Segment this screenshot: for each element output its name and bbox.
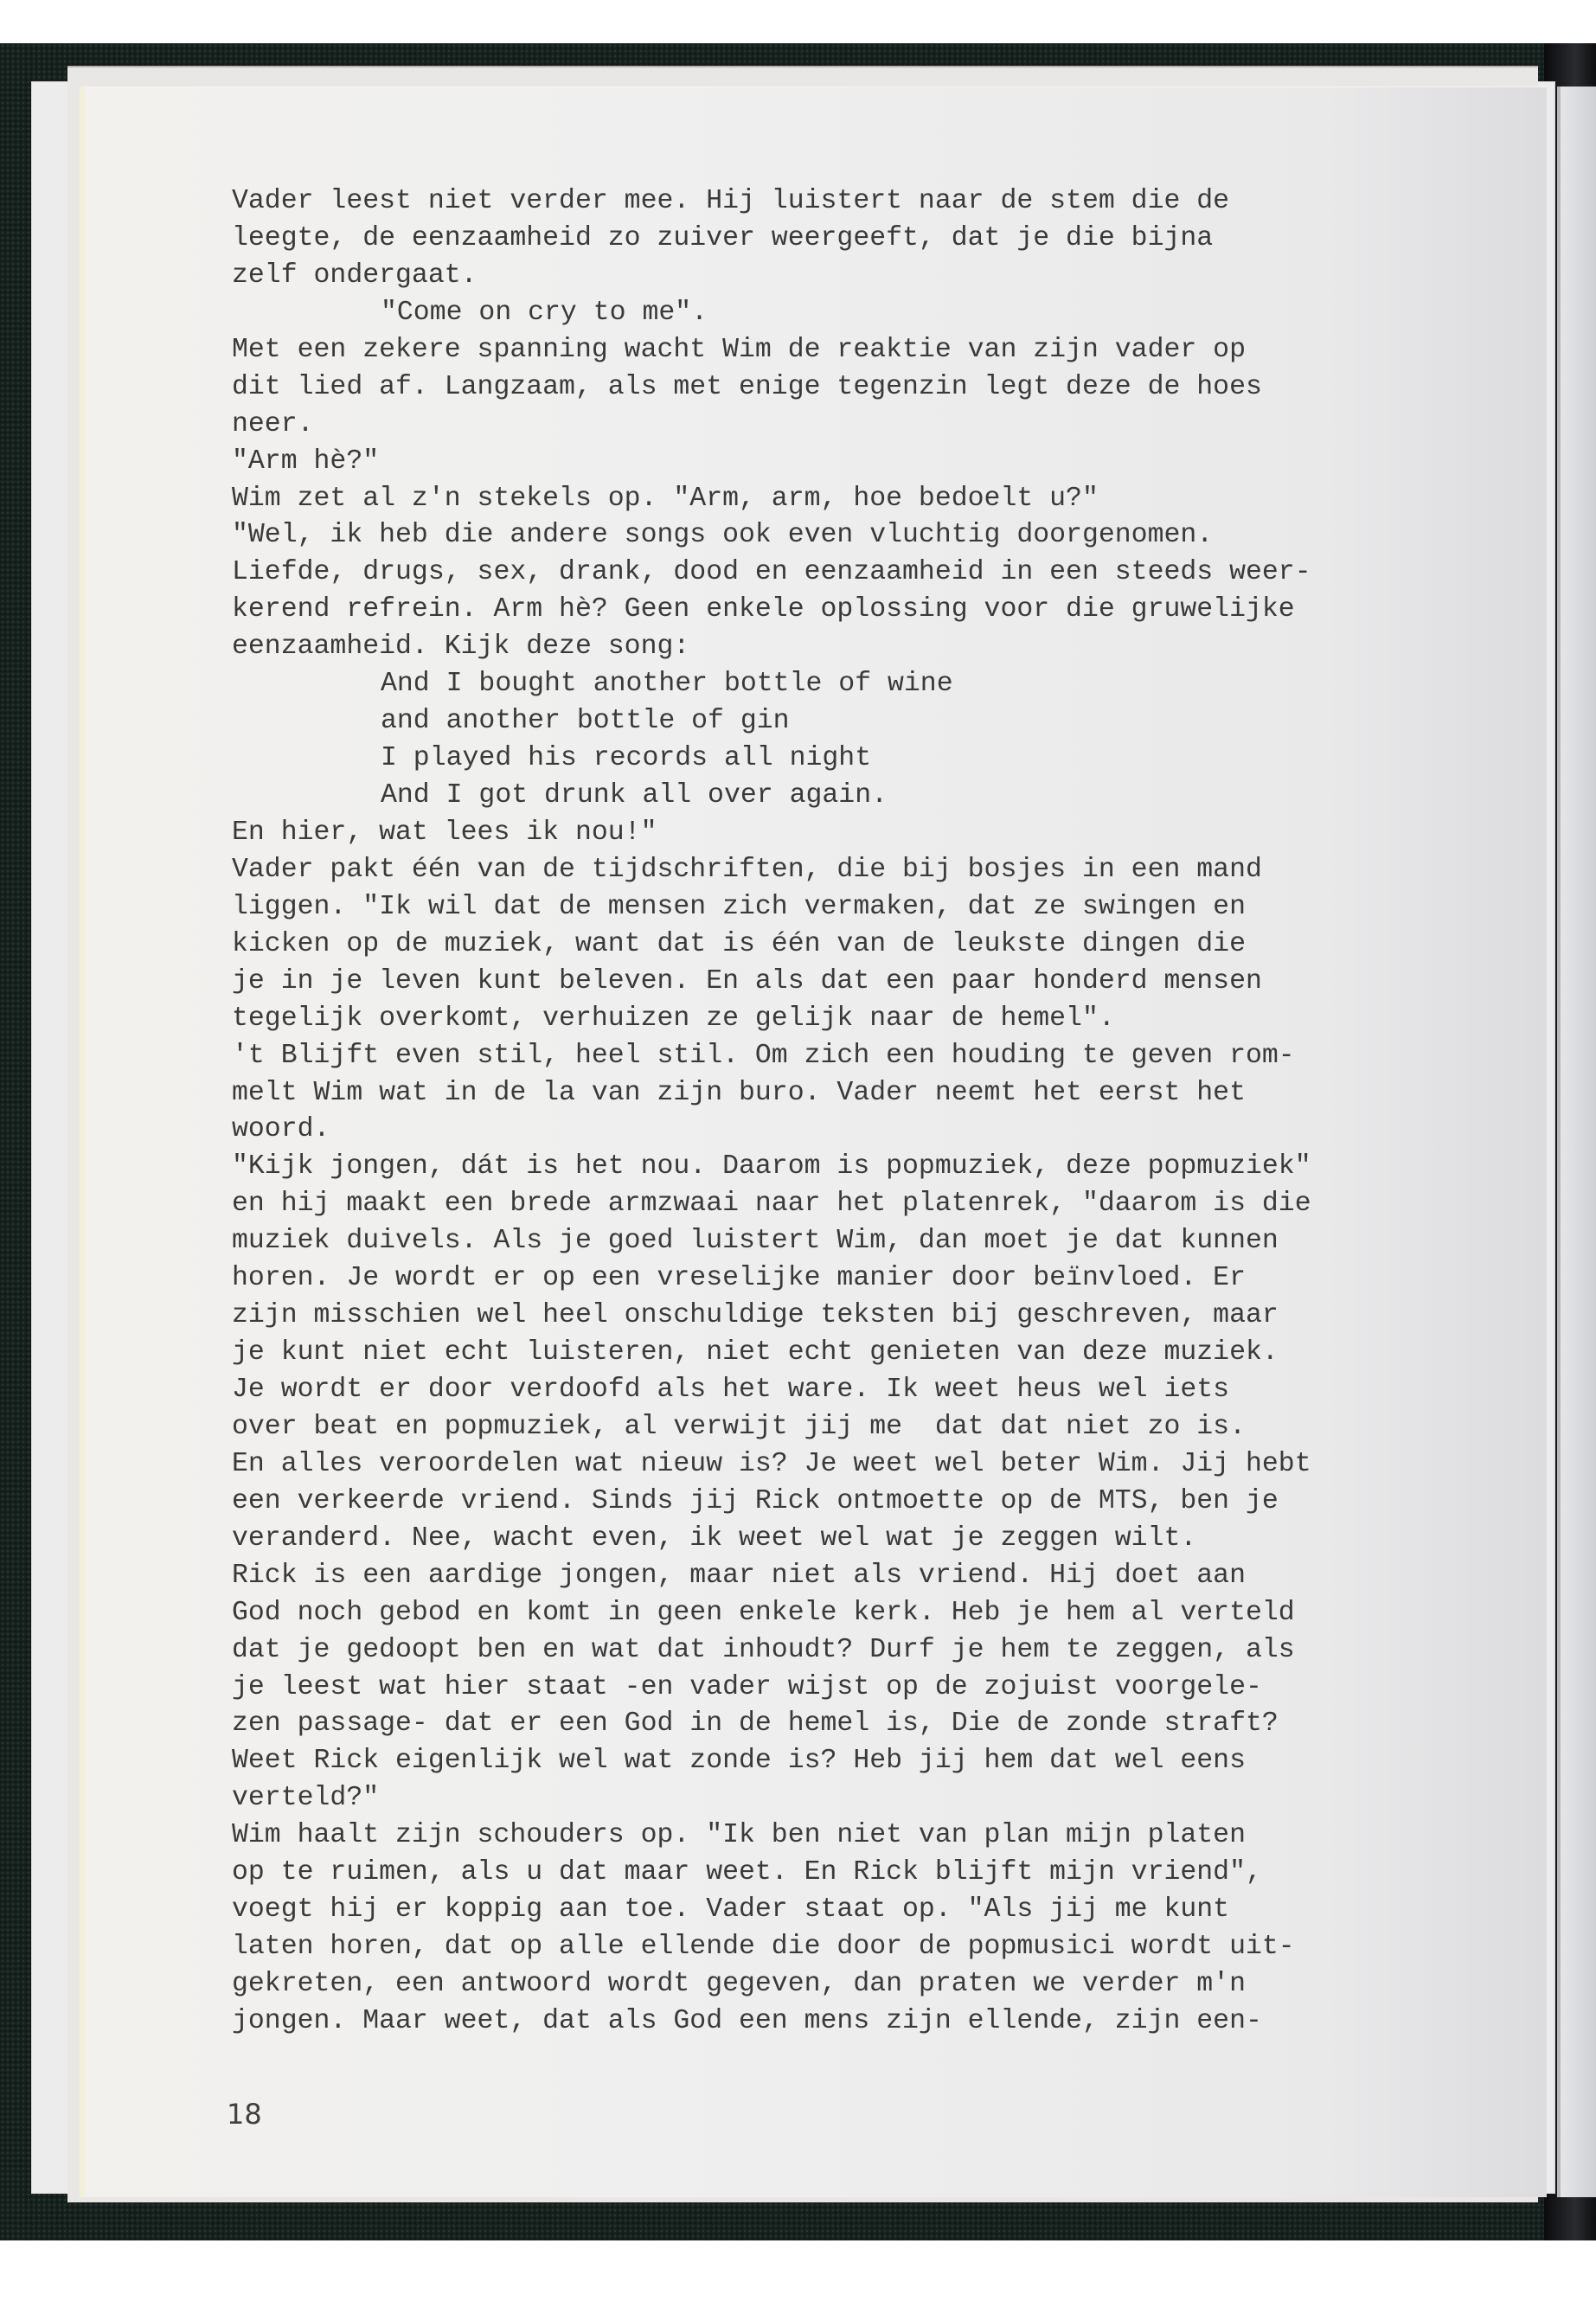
page-number: 18 xyxy=(227,2098,262,2131)
text-line: zijn misschien wel heel onschuldige teks… xyxy=(232,1298,1503,1335)
text-line: Met een zekere spanning wacht Wim de rea… xyxy=(232,332,1503,369)
text-line: Wim zet al z'n stekels op. "Arm, arm, ho… xyxy=(232,481,1503,518)
text-line: En alles veroordelen wat nieuw is? Je we… xyxy=(232,1446,1503,1484)
text-line: And I got drunk all over again. xyxy=(232,778,1503,815)
text-line: Je wordt er door verdoofd als het ware. … xyxy=(232,1372,1503,1409)
text-line: kerend refrein. Arm hè? Geen enkele oplo… xyxy=(232,592,1503,629)
text-line: dat je gedoopt ben en wat dat inhoudt? D… xyxy=(232,1632,1503,1670)
text-line: laten horen, dat op alle ellende die doo… xyxy=(232,1929,1503,1966)
text-line: God noch gebod en komt in geen enkele ke… xyxy=(232,1595,1503,1632)
text-line: leegte, de eenzaamheid zo zuiver weergee… xyxy=(232,221,1503,258)
text-line: 't Blijft even stil, heel stil. Om zich … xyxy=(232,1038,1503,1075)
text-line: verteld?" xyxy=(232,1780,1503,1817)
text-line: Vader leest niet verder mee. Hij luister… xyxy=(232,183,1503,221)
facing-page-strip xyxy=(1561,87,1596,2197)
text-line: je in je leven kunt beleven. En als dat … xyxy=(232,964,1503,1001)
text-line: je leest wat hier staat -en vader wijst … xyxy=(232,1670,1503,1707)
text-line: Vader pakt één van de tijdschriften, die… xyxy=(232,852,1503,889)
text-line: woord. xyxy=(232,1112,1503,1149)
text-line: eenzaamheid. Kijk deze song: xyxy=(232,629,1503,666)
text-line: liggen. "Ik wil dat de mensen zich verma… xyxy=(232,889,1503,926)
text-line: voegt hij er koppig aan toe. Vader staat… xyxy=(232,1892,1503,1929)
text-line: And I bought another bottle of wine xyxy=(232,666,1503,703)
text-line: muziek duivels. Als je goed luistert Wim… xyxy=(232,1223,1503,1260)
text-line: je kunt niet echt luisteren, niet echt g… xyxy=(232,1335,1503,1372)
text-line: melt Wim wat in de la van zijn buro. Vad… xyxy=(232,1075,1503,1112)
text-line: zen passage- dat er een God in de hemel … xyxy=(232,1706,1503,1743)
text-line: and another bottle of gin xyxy=(232,703,1503,740)
text-line: Wim haalt zijn schouders op. "Ik ben nie… xyxy=(232,1817,1503,1855)
text-line: "Kijk jongen, dát is het nou. Daarom is … xyxy=(232,1149,1503,1186)
text-line: veranderd. Nee, wacht even, ik weet wel … xyxy=(232,1521,1503,1558)
text-line: een verkeerde vriend. Sinds jij Rick ont… xyxy=(232,1484,1503,1521)
text-line: horen. Je wordt er op een vreselijke man… xyxy=(232,1260,1503,1298)
text-line: Weet Rick eigenlijk wel wat zonde is? He… xyxy=(232,1743,1503,1780)
text-line: gekreten, een antwoord wordt gegeven, da… xyxy=(232,1966,1503,2003)
text-line: kicken op de muziek, want dat is één van… xyxy=(232,926,1503,964)
text-line: "Come on cry to me". xyxy=(232,295,1503,332)
text-line: En hier, wat lees ik nou!" xyxy=(232,815,1503,852)
text-line: Liefde, drugs, sex, drank, dood en eenza… xyxy=(232,554,1503,592)
text-line: over beat en popmuziek, al verwijt jij m… xyxy=(232,1409,1503,1446)
text-line: op te ruimen, als u dat maar weet. En Ri… xyxy=(232,1855,1503,1892)
text-line: en hij maakt een brede armzwaai naar het… xyxy=(232,1186,1503,1223)
text-line: "Arm hè?" xyxy=(232,444,1503,481)
text-line: "Wel, ik heb die andere songs ook even v… xyxy=(232,517,1503,554)
page-text: Vader leest niet verder mee. Hij luister… xyxy=(232,183,1503,2041)
text-line: tegelijk overkomt, verhuizen ze gelijk n… xyxy=(232,1001,1503,1038)
text-line: zelf ondergaat. xyxy=(232,258,1503,295)
text-line: Rick is een aardige jongen, maar niet al… xyxy=(232,1558,1503,1595)
text-line: I played his records all night xyxy=(232,740,1503,778)
text-line: jongen. Maar weet, dat als God een mens … xyxy=(232,2003,1503,2041)
text-line: dit lied af. Langzaam, als met enige teg… xyxy=(232,369,1503,407)
text-line: neer. xyxy=(232,407,1503,444)
